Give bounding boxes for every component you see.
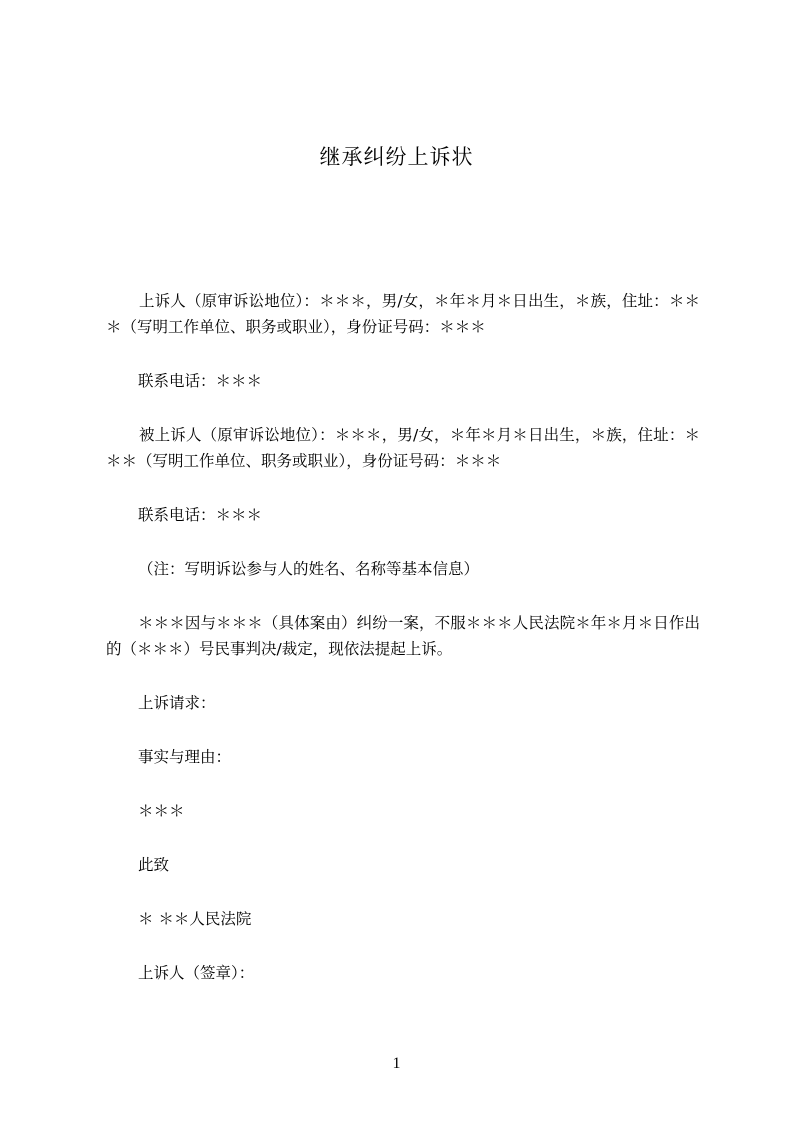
appellant-paragraph: 上诉人（原审诉讼地位）：＊＊＊，男/女，＊年＊月＊日出生，＊族，住址：＊＊＊（写… (106, 288, 700, 340)
appellee-paragraph: 被上诉人（原审诉讼地位）：＊＊＊，男/女，＊年＊月＊日出生，＊族，住址：＊＊＊（… (106, 422, 700, 474)
appellant-phone-paragraph: 联系电话：＊＊＊ (106, 368, 700, 394)
note-paragraph: （注：写明诉讼参与人的姓名、名称等基本信息） (106, 556, 700, 582)
document-body: 上诉人（原审诉讼地位）：＊＊＊，男/女，＊年＊月＊日出生，＊族，住址：＊＊＊（写… (106, 288, 700, 986)
appellee-phone-paragraph: 联系电话：＊＊＊ (106, 502, 700, 528)
court-paragraph: ＊ ＊＊人民法院 (106, 906, 700, 932)
document-title: 继承纠纷上诉状 (0, 143, 793, 171)
page-number: 1 (0, 1054, 793, 1074)
facts-reasons-heading: 事实与理由： (106, 744, 700, 770)
case-statement-paragraph: ＊＊＊因与＊＊＊（具体案由）纠纷一案，不服＊＊＊人民法院＊年＊月＊日作出的（＊＊… (106, 610, 700, 662)
signature-paragraph: 上诉人（签章）： (106, 960, 700, 986)
document-page: 继承纠纷上诉状 上诉人（原审诉讼地位）：＊＊＊，男/女，＊年＊月＊日出生，＊族，… (0, 0, 793, 1122)
appeal-request-heading: 上诉请求： (106, 690, 700, 716)
salutation-paragraph: 此致 (106, 852, 700, 878)
facts-placeholder-paragraph: ＊＊＊ (106, 798, 700, 824)
